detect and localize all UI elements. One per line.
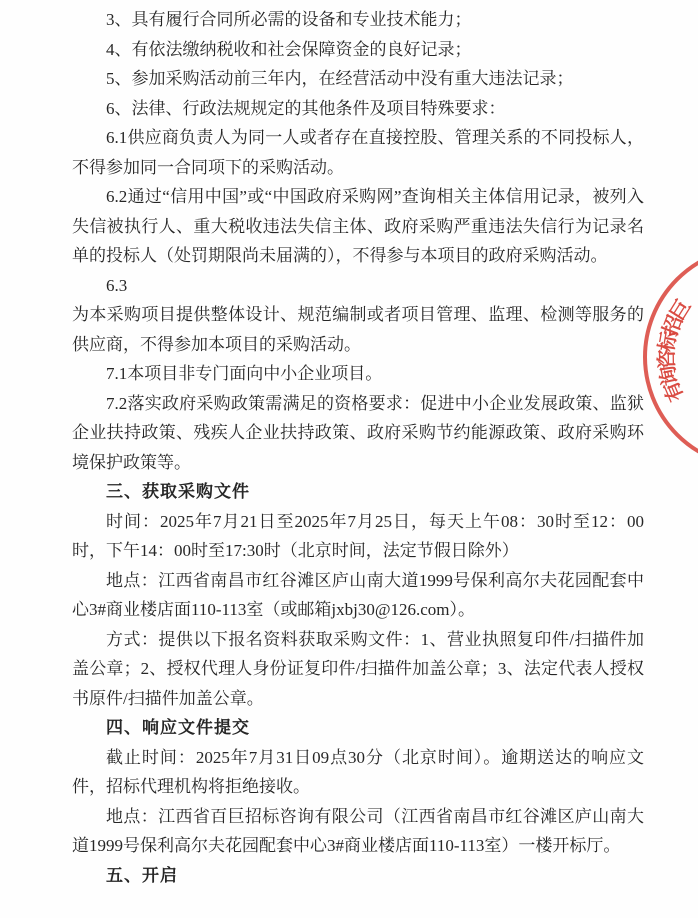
section-5-heading: 五、开启 [72,861,644,891]
obtain-method: 方式：提供以下报名资料获取采购文件：1、营业执照复印件/扫描件加盖公章；2、授权… [72,625,644,714]
obtain-time: 时间：2025年7月21日至2025年7月25日，每天上午08：30时至12：0… [72,507,644,566]
clause-7-2: 7.2落实政府采购政策需满足的资格要求：促进中小企业发展政策、监狱企业扶持政策、… [72,389,644,478]
section-3-heading: 三、获取采购文件 [72,477,644,507]
submission-location: 地点：江西省百巨招标咨询有限公司（江西省南昌市红谷滩区庐山南大道1999号保利高… [72,802,644,861]
submission-deadline: 截止时间：2025年7月31日09点30分（北京时间）。逾期送达的响应文件，招标… [72,743,644,802]
obtain-location: 地点：江西省南昌市红谷滩区庐山南大道1999号保利高尔夫花园配套中心3#商业楼店… [72,566,644,625]
document-page: 3、具有履行合同所必需的设备和专业技术能力； 4、有依法缴纳税收和社会保障资金的… [0,0,698,918]
clause-6-2: 6.2通过“信用中国”或“中国政府采购网”查询相关主体信用记录，被列入失信被执行… [72,182,644,271]
clause-5: 5、参加采购活动前三年内，在经营活动中没有重大违法记录； [72,64,644,94]
section-4-heading: 四、响应文件提交 [72,713,644,743]
clause-7-1: 7.1本项目非专门面向中小企业项目。 [72,359,644,389]
clause-6: 6、法律、行政法规规定的其他条件及项目特殊要求： [72,94,644,124]
clause-3: 3、具有履行合同所必需的设备和专业技术能力； [72,5,644,35]
clause-4: 4、有依法缴纳税收和社会保障资金的良好记录； [72,35,644,65]
document-body: 3、具有履行合同所必需的设备和专业技术能力； 4、有依法缴纳税收和社会保障资金的… [72,5,644,890]
clause-6-3: 6.3 [72,271,644,301]
clause-6-1: 6.1供应商负责人为同一人或者存在直接控股、管理关系的不同投标人，不得参加同一合… [72,123,644,182]
clause-6-3-continuation: 为本采购项目提供整体设计、规范编制或者项目管理、监理、检测等服务的供应商，不得参… [72,300,644,359]
